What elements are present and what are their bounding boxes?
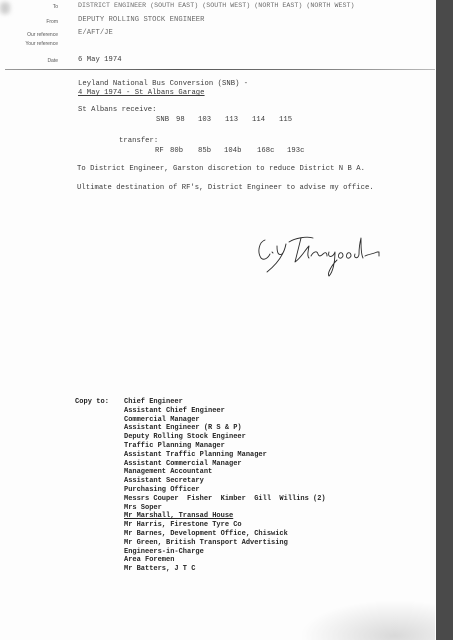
memo-page: To DISTRICT ENGINEER (SOUTH EAST) (SOUTH… (0, 0, 436, 640)
our-reference-label: Our reference (0, 32, 58, 38)
transfer-number: 80b (170, 147, 183, 156)
transfer-number: 104b (224, 147, 241, 156)
instruction-paragraph-1: To District Engineer, Garston discretion… (77, 165, 365, 174)
copy-recipient: Area Foremen (124, 556, 326, 565)
to-label: To (0, 4, 58, 10)
copy-recipient: Assistant Traffic Planning Manager (124, 451, 326, 460)
date-value: 6 May 1974 (78, 56, 122, 65)
copy-recipient: Assistant Secretary (124, 477, 326, 486)
copy-to-list: Chief Engineer Assistant Chief Engineer … (124, 398, 326, 574)
transfer-number: 168c (257, 147, 274, 156)
subject-line-1: Leyland National Bus Conversion (SNB) - (78, 80, 248, 89)
receive-number: 115 (279, 116, 292, 125)
scan-dark-edge (436, 0, 453, 640)
receive-label: St Albans receive: (78, 106, 157, 115)
copy-recipient: Assistant Chief Engineer (124, 407, 326, 416)
copy-recipient: Purchasing Officer (124, 486, 326, 495)
copy-recipient: Mr Green, British Transport Advertising (124, 539, 326, 548)
receive-number: 114 (252, 116, 265, 125)
copy-recipient: Traffic Planning Manager (124, 442, 326, 451)
transfer-number: 193c (287, 147, 304, 156)
receive-class: SNB (156, 116, 169, 125)
copy-recipient: Chief Engineer (124, 398, 326, 407)
instruction-paragraph-2: Ultimate destination of RF's, District E… (77, 184, 374, 193)
copy-recipient: Management Accountant (124, 468, 326, 477)
copy-recipient: Deputy Rolling Stock Engineer (124, 433, 326, 442)
our-reference-value: E/AFT/JE (78, 29, 113, 38)
receive-number: 98 (176, 116, 185, 125)
from-label: From (0, 19, 58, 25)
copy-recipient: Messrs Couper Fisher Kimber Gill Willins… (124, 495, 326, 504)
copy-recipient: Engineers-in-Charge (124, 548, 326, 557)
to-value: DISTRICT ENGINEER (SOUTH EAST) (SOUTH WE… (78, 1, 354, 10)
transfer-label: transfer: (119, 137, 158, 146)
date-label: Date (0, 58, 58, 64)
copy-recipient: Assistant Engineer (R S & P) (124, 424, 326, 433)
copy-to-label: Copy to: (75, 398, 109, 407)
transfer-number: 85b (198, 147, 211, 156)
receive-number: 113 (225, 116, 238, 125)
copy-recipient: Mr Marshall, Transad House (124, 512, 326, 521)
your-reference-label: Your reference (0, 41, 58, 47)
copy-recipient: Mr Harris, Firestone Tyre Co (124, 521, 326, 530)
copy-recipient: Mr Batters, J T C (124, 565, 326, 574)
receive-number: 103 (198, 116, 211, 125)
copy-recipient: Mrs Soper (124, 504, 326, 513)
copy-recipient: Commercial Manager (124, 416, 326, 425)
from-value: DEPUTY ROLLING STOCK ENGINEER (78, 16, 205, 25)
copy-recipient: Mr Barnes, Development Office, Chiswick (124, 530, 326, 539)
transfer-class: RF (155, 147, 164, 156)
header-divider (5, 69, 435, 70)
handwritten-signature: C.J. Thurgood (255, 232, 405, 284)
copy-recipient: Assistant Commercial Manager (124, 460, 326, 469)
subject-line-2: 4 May 1974 - St Albans Garage (78, 89, 205, 98)
scan-grime (300, 600, 435, 640)
